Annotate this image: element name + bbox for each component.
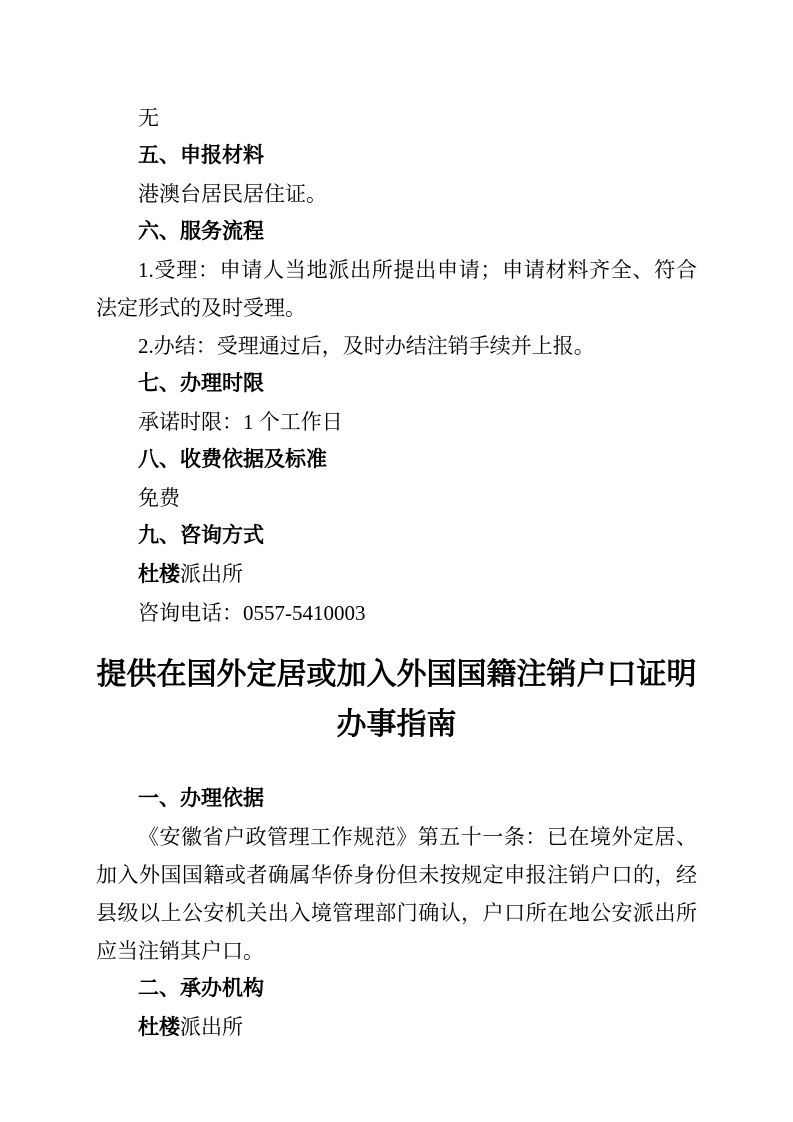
office-name-rest: 派出所 — [180, 562, 243, 586]
heading-service-process: 六、服务流程 — [96, 213, 697, 251]
paragraph-office-name: 杜楼派出所 — [96, 555, 697, 594]
page-title-line1: 提供在国外定居或加入外国国籍注销户口证明 — [97, 658, 697, 691]
paragraph-phone: 咨询电话：0557-5410003 — [96, 594, 697, 632]
heading-fee-standard: 八、收费依据及标准 — [96, 441, 697, 479]
office-name-rest-2: 派出所 — [180, 1015, 243, 1039]
paragraph-none: 无 — [96, 99, 697, 137]
paragraph-fee: 免费 — [96, 479, 697, 517]
paragraph-basis: 《安徽省户政管理工作规范》第五十一条：已在境外定居、加入外国国籍或者确属华侨身份… — [96, 818, 697, 970]
heading-contact-method: 九、咨询方式 — [96, 517, 697, 555]
paragraph-materials: 港澳台居民居住证。 — [96, 175, 697, 213]
paragraph-process-step1: 1.受理：申请人当地派出所提出申请；申请材料齐全、符合法定形式的及时受理。 — [96, 251, 697, 327]
office-name-bold: 杜楼 — [138, 563, 180, 586]
office-name-bold-2: 杜楼 — [138, 1016, 180, 1039]
paragraph-time-limit: 承诺时限：1 个工作日 — [96, 403, 697, 441]
paragraph-office-name-2: 杜楼派出所 — [96, 1008, 697, 1047]
document-page: 无 五、申报材料 港澳台居民居住证。 六、服务流程 1.受理：申请人当地派出所提… — [0, 0, 793, 1122]
page-title: 提供在国外定居或加入外国国籍注销户口证明办事指南 — [96, 650, 697, 750]
heading-time-limit: 七、办理时限 — [96, 365, 697, 403]
paragraph-process-step2: 2.办结：受理通过后，及时办结注销手续并上报。 — [96, 327, 697, 365]
heading-processing-basis: 一、办理依据 — [96, 780, 697, 818]
page-title-line2: 办事指南 — [337, 708, 457, 741]
heading-undertaking-agency: 二、承办机构 — [96, 970, 697, 1008]
page-content: 无 五、申报材料 港澳台居民居住证。 六、服务流程 1.受理：申请人当地派出所提… — [96, 99, 697, 1047]
heading-application-materials: 五、申报材料 — [96, 137, 697, 175]
